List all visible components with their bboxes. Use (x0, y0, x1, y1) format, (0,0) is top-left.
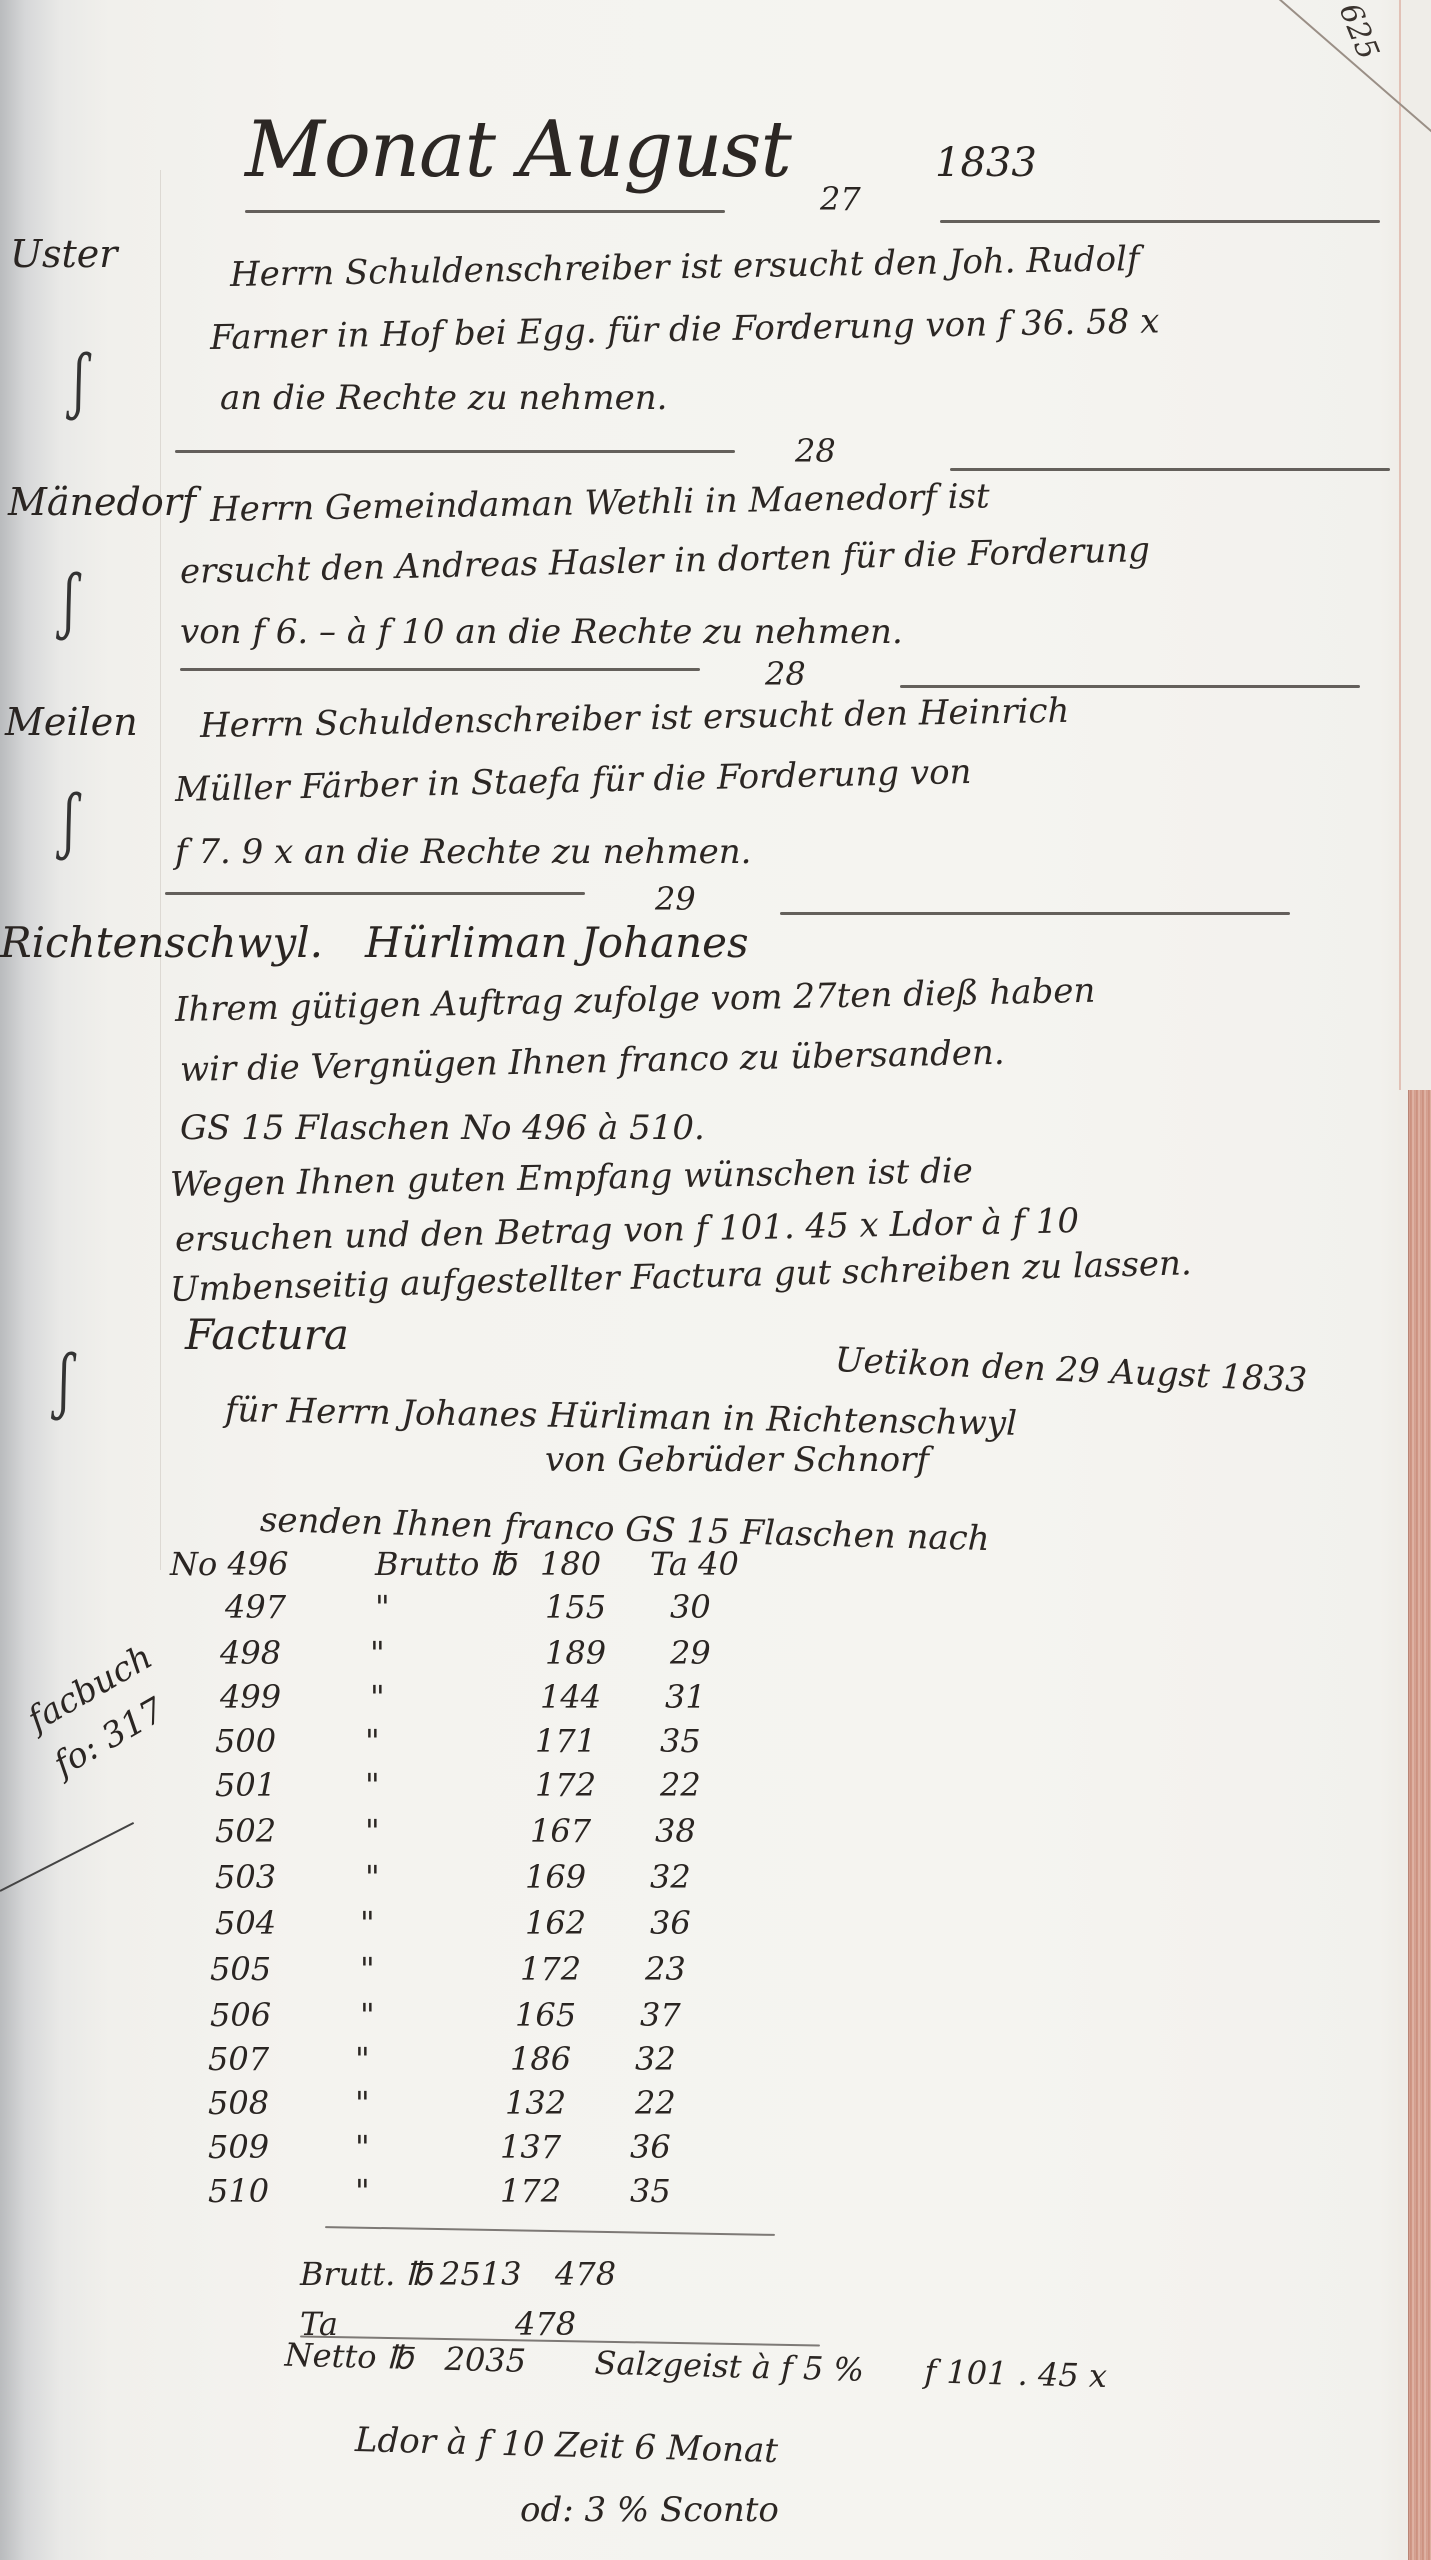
entry-date: 28 (765, 655, 806, 693)
cell-no: 509 (208, 2128, 269, 2166)
cell-no: 506 (210, 1996, 271, 2034)
divider (165, 892, 585, 895)
entry-line: GS 15 Flaschen No 496 à 510. (180, 1108, 705, 1148)
cell-brutto: 186 (510, 2040, 571, 2078)
cell-tara: 30 (670, 1588, 711, 1626)
total-netto-row: Netto ℔ 2035 Salzgeist à f 5 % f 101 . 4… (285, 2336, 1385, 2365)
cell-tara: 32 (650, 1858, 691, 1896)
entry-line: an die Rechte zu nehmen. (220, 378, 667, 418)
page-title: Monat August (245, 105, 791, 195)
page-edge-upper (1399, 0, 1401, 1090)
cell-brutto: 162 (525, 1904, 586, 1942)
entry-mark: ʃ (59, 1340, 70, 1422)
factura-place-date: Uetikon den 29 Augst 1833 (834, 1340, 1308, 1401)
total-amount: f 101 . 45 x (924, 2352, 1107, 2395)
entry-line: Müller Färber in Staefa für die Forderun… (175, 752, 972, 810)
cell-label: " (370, 1678, 385, 1716)
cell-brutto: 165 (515, 1996, 576, 2034)
cell-no: No 496 (170, 1545, 289, 1583)
cell-no: 508 (208, 2084, 269, 2122)
entry-line: Ihrem gütigen Auftrag zufolge vom 27ten … (175, 971, 1096, 1030)
entry-place: Uster (10, 232, 117, 276)
entry-line: f 7. 9 x an die Rechte zu nehmen. (175, 832, 751, 872)
entry-place: Richtenschwyl. (0, 918, 323, 967)
page-edge-red (1408, 1090, 1431, 2560)
entry-line: Herrn Schuldenschreiber ist ersucht den … (230, 239, 1140, 295)
factura-title: Factura (185, 1310, 349, 1359)
discount-line: od: 3 % Sconto (520, 2490, 779, 2530)
ledger-page: 625 Monat August 1833 27 Uster Herrn Sch… (0, 0, 1431, 2560)
cell-no: 502 (215, 1812, 276, 1850)
cell-brutto: 180 (540, 1545, 601, 1583)
page-number: 625 (1332, 0, 1386, 65)
cell-no: 499 (220, 1678, 281, 1716)
cell-tara: 35 (630, 2172, 671, 2210)
entry-mark: ʃ (64, 560, 75, 642)
cell-brutto: 132 (505, 2084, 566, 2122)
cell-tara: 32 (635, 2040, 676, 2078)
cell-no: 507 (208, 2040, 269, 2078)
divider (175, 450, 735, 453)
cell-brutto: 137 (500, 2128, 561, 2166)
cell-tara: 36 (630, 2128, 671, 2166)
entry-line: wir die Vergnügen Ihnen franco zu übersa… (180, 1033, 1005, 1090)
cell-brutto: 189 (545, 1634, 606, 1672)
terms-line: Ldor à f 10 Zeit 6 Monat (354, 2420, 778, 2471)
cell-label: " (355, 2040, 370, 2078)
entry-place: Mänedorf (8, 480, 196, 524)
margin-note: facbuch fo: 317 (18, 1632, 188, 1790)
entry-line: ersucht den Andreas Hasler in dorten für… (180, 530, 1151, 592)
cell-brutto: 167 (530, 1812, 591, 1850)
cell-no: 501 (215, 1766, 276, 1804)
cell-tara: Ta 40 (650, 1545, 739, 1583)
entry-date: 27 (820, 180, 861, 218)
total-brutto-value: 2513 (440, 2255, 521, 2293)
cell-no: 498 (220, 1634, 281, 1672)
cell-label: " (355, 2172, 370, 2210)
entry-line: Farner in Hof bei Egg. für die Forderung… (210, 301, 1160, 358)
entry-mark: ʃ (74, 340, 85, 422)
product-line: Salzgeist à f 5 % (594, 2344, 864, 2389)
factura-sender: von Gebrüder Schnorf (545, 1440, 929, 1480)
cell-no: 504 (215, 1904, 276, 1942)
entry-mark: ʃ (64, 780, 75, 862)
entry-line: Herrn Schuldenschreiber ist ersucht den … (200, 691, 1070, 746)
cell-label: " (360, 1904, 375, 1942)
entry-line: von f 6. – à f 10 an die Rechte zu nehme… (180, 612, 903, 652)
divider (245, 210, 725, 213)
entry-date: 28 (795, 432, 836, 470)
entry-place: Meilen (5, 700, 138, 744)
total-brutto-tara: 478 (555, 2255, 616, 2293)
cell-no: 497 (225, 1588, 286, 1626)
cell-label: " (370, 1634, 385, 1672)
cell-tara: 23 (645, 1950, 686, 1988)
cell-tara: 29 (670, 1634, 711, 1672)
cell-brutto: 171 (535, 1722, 596, 1760)
cell-tara: 37 (640, 1996, 681, 2034)
factura-intro: senden Ihnen franco GS 15 Flaschen nach (259, 1500, 990, 1559)
margin-slash (0, 1822, 134, 1892)
cell-label: " (365, 1858, 380, 1896)
cell-label: " (355, 2084, 370, 2122)
total-netto-value: 2035 (444, 2340, 526, 2380)
cell-brutto: 172 (520, 1950, 581, 1988)
cell-label: " (375, 1588, 390, 1626)
cell-tara: 38 (655, 1812, 696, 1850)
cell-tara: 36 (650, 1904, 691, 1942)
entry-line: Herrn Gemeindaman Wethli in Maenedorf is… (210, 476, 990, 530)
cell-tara: 31 (665, 1678, 706, 1716)
margin-rule (160, 170, 161, 1570)
cell-label: " (365, 1766, 380, 1804)
cell-label: " (360, 1996, 375, 2034)
divider (940, 220, 1380, 223)
cell-no: 503 (215, 1858, 276, 1896)
cell-tara: 35 (660, 1722, 701, 1760)
cell-label: " (355, 2128, 370, 2166)
cell-label: Brutto ℔ (375, 1545, 516, 1583)
cell-brutto: 169 (525, 1858, 586, 1896)
page-year: 1833 (935, 140, 1037, 186)
divider (780, 912, 1290, 915)
entry-name: Hürliman Johanes (365, 918, 749, 967)
divider (180, 668, 700, 671)
total-brutto-label: Brutt. ℔ (300, 2255, 432, 2293)
cell-label: " (365, 1812, 380, 1850)
cell-no: 505 (210, 1950, 271, 1988)
divider (325, 2226, 775, 2236)
cell-tara: 22 (635, 2084, 676, 2122)
cell-brutto: 155 (545, 1588, 606, 1626)
total-tara-value: 478 (515, 2305, 576, 2343)
factura-recipient: für Herrn Johanes Hürliman in Richtensch… (225, 1390, 1018, 1444)
cell-brutto: 172 (535, 1766, 596, 1804)
cell-tara: 22 (660, 1766, 701, 1804)
cell-brutto: 144 (540, 1678, 601, 1716)
cell-brutto: 172 (500, 2172, 561, 2210)
total-netto-label: Netto ℔ (284, 2336, 413, 2377)
cell-label: " (365, 1722, 380, 1760)
entry-date: 29 (655, 880, 696, 918)
cell-no: 510 (208, 2172, 269, 2210)
divider (900, 685, 1360, 688)
cell-no: 500 (215, 1722, 276, 1760)
divider (950, 468, 1390, 471)
entry-line: Wegen Ihnen guten Empfang wünschen ist d… (170, 1151, 973, 1205)
cell-label: " (360, 1950, 375, 1988)
